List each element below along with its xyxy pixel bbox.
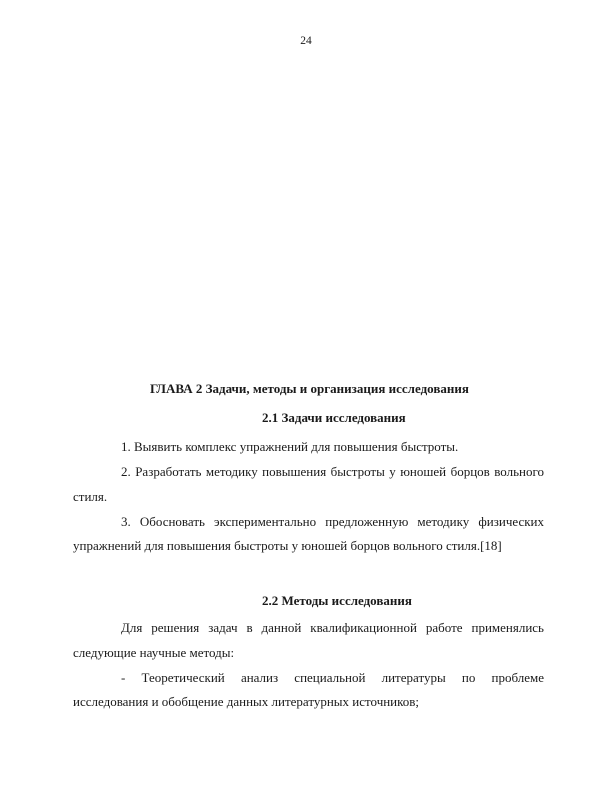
chapter-title: ГЛАВА 2 Задачи, методы и организация исс…	[150, 381, 469, 397]
task-item-cont: стиля.	[73, 489, 107, 505]
paragraph-line: следующие научные методы:	[73, 645, 234, 661]
section-title: 2.2 Методы исследования	[262, 593, 412, 609]
section-title: 2.1 Задачи исследования	[262, 410, 406, 426]
paragraph-line: исследования и обобщение данных литерату…	[73, 694, 419, 710]
paragraph-line: Для решения задач в данной квалификацион…	[121, 620, 544, 636]
task-item-cont: упражнений для повышения быстроты у юнош…	[73, 538, 502, 554]
task-item: 3. Обосновать экспериментально предложен…	[121, 514, 544, 530]
page-number: 24	[0, 35, 612, 47]
task-item: 2. Разработать методику повышения быстро…	[121, 464, 544, 480]
paragraph-line: - Теоретический анализ специальной литер…	[121, 670, 544, 686]
task-item: 1. Выявить комплекс упражнений для повыш…	[121, 439, 458, 455]
